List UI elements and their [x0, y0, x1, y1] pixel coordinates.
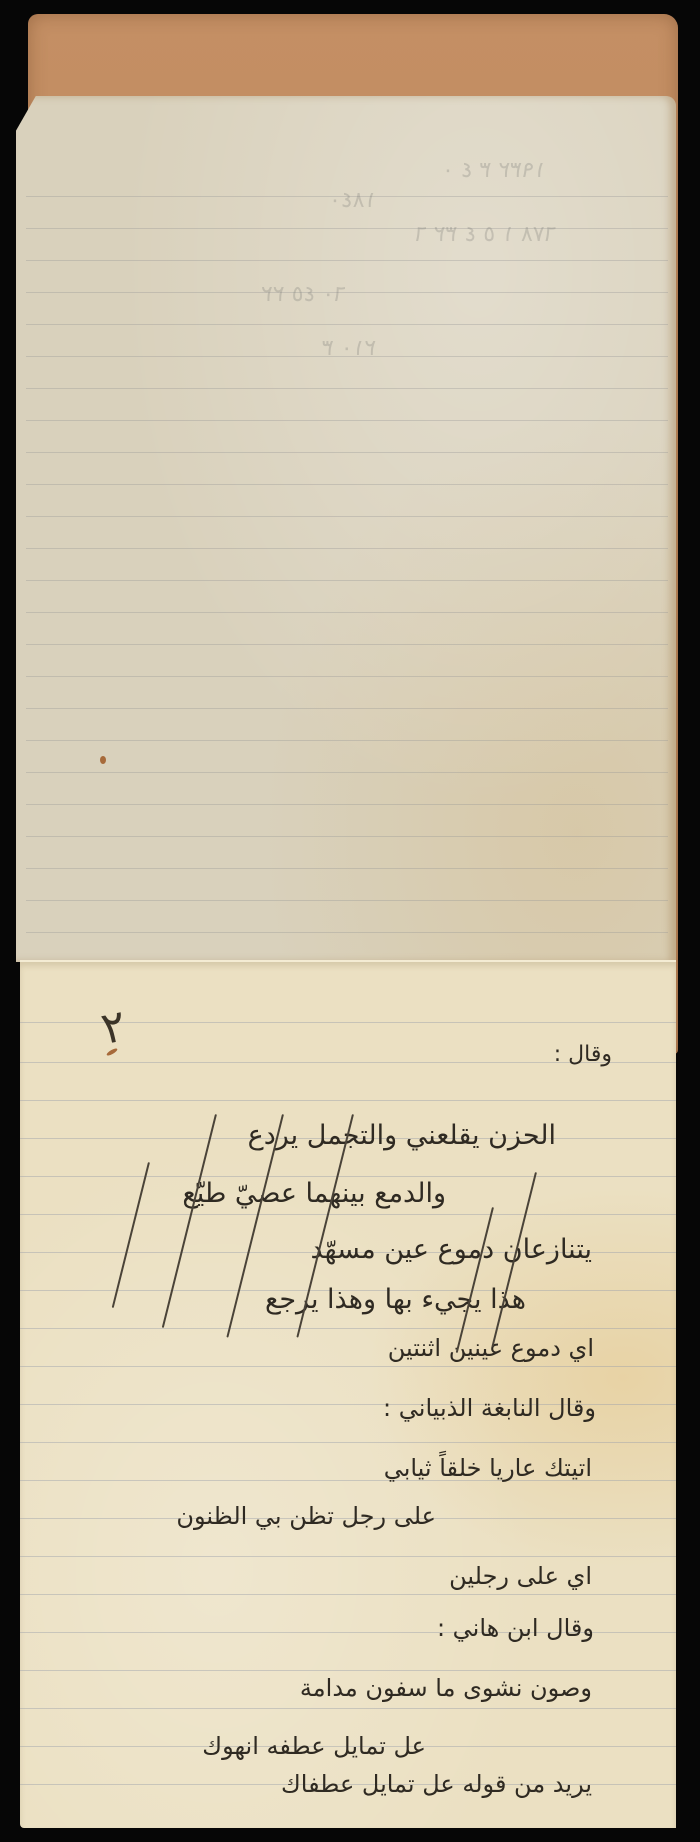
- verse-line: عل تمايل عطفه انهوك: [202, 1732, 426, 1760]
- ruled-line: [26, 740, 668, 741]
- ruled-line: [26, 804, 668, 805]
- ruled-line: [20, 1670, 676, 1671]
- verse-line: الحزن يقلعني والتجمل يردع: [248, 1120, 556, 1151]
- ruled-line: [26, 772, 668, 773]
- pen-stroke: [112, 1162, 150, 1308]
- ruled-line: [26, 836, 668, 837]
- bleed-through-text: ٢٢ ٤٥ ٦٠: [261, 282, 346, 307]
- gloss-line: اي دموع عينين اثنتين: [388, 1334, 594, 1362]
- ruled-line: [26, 548, 668, 549]
- ruled-line: [26, 900, 668, 901]
- ruled-line: [20, 1100, 676, 1101]
- gloss-line: اي على رجلين: [449, 1562, 592, 1590]
- ruled-line: [26, 580, 668, 581]
- ruled-line: [26, 452, 668, 453]
- ruled-line: [26, 324, 668, 325]
- bleed-through-text: ۱۸٤٠: [329, 188, 376, 213]
- ruled-line: [26, 292, 668, 293]
- verse-line: وصون نشوى ما سفون مدامة: [300, 1674, 592, 1702]
- ink-spot: [100, 756, 106, 764]
- gloss-line: يريد من قوله عل تمايل عطفاك: [281, 1770, 592, 1798]
- verse-line: على رجل تظن بي الظنون: [176, 1502, 436, 1530]
- verse-line: والدمع بينهما عصيّ طيّع: [182, 1178, 446, 1209]
- page-number: ٢: [97, 1000, 131, 1055]
- ruled-line: [26, 708, 668, 709]
- attribution-line: وقال :: [554, 1042, 612, 1067]
- ruled-line: [20, 1366, 676, 1367]
- ruled-line: [26, 932, 668, 933]
- ruled-line: [20, 1556, 676, 1557]
- ruled-line: [20, 1328, 676, 1329]
- ruled-line: [26, 612, 668, 613]
- ruled-line: [26, 484, 668, 485]
- attribution-line: وقال ابن هاني :: [437, 1614, 594, 1642]
- attribution-line: وقال النابغة الذبياني :: [383, 1394, 596, 1422]
- ruled-line: [20, 1594, 676, 1595]
- pen-stroke: [456, 1207, 494, 1353]
- ruled-line: [26, 228, 668, 229]
- ruled-line: [20, 1176, 676, 1177]
- ruled-line: [26, 676, 668, 677]
- bleed-through-text: ٦ ٣٢ ٤ ٥ ١ ٦٧٨: [415, 222, 556, 247]
- lower-page: ٢ وقال : الحزن يقلعني والتجمل يردع والدم…: [20, 960, 676, 1828]
- bleed-through-text: ۱۹۳٠ ٤ ٣ ٢: [442, 158, 546, 183]
- ruled-line: [26, 516, 668, 517]
- ruled-line: [26, 260, 668, 261]
- ruled-line: [20, 1708, 676, 1709]
- bleed-through-text: ٣ ٢١٠: [322, 336, 376, 361]
- ruled-line: [20, 1214, 676, 1215]
- ruled-line: [26, 420, 668, 421]
- upper-page: ۱۹۳٠ ٤ ٣ ٢ ۱۸٤٠ ٦ ٣٢ ٤ ٥ ١ ٦٧٨ ٢٢ ٤٥ ٦٠ …: [16, 96, 676, 962]
- pen-stroke: [162, 1114, 217, 1328]
- ruled-line: [26, 868, 668, 869]
- verse-line: يتنازعان دموع عين مسهّد: [310, 1234, 592, 1265]
- ruled-line: [26, 644, 668, 645]
- ruled-line: [20, 1442, 676, 1443]
- ruled-line: [26, 388, 668, 389]
- verse-line: اتيتك عاريا خلقاً ثيابي: [384, 1454, 592, 1482]
